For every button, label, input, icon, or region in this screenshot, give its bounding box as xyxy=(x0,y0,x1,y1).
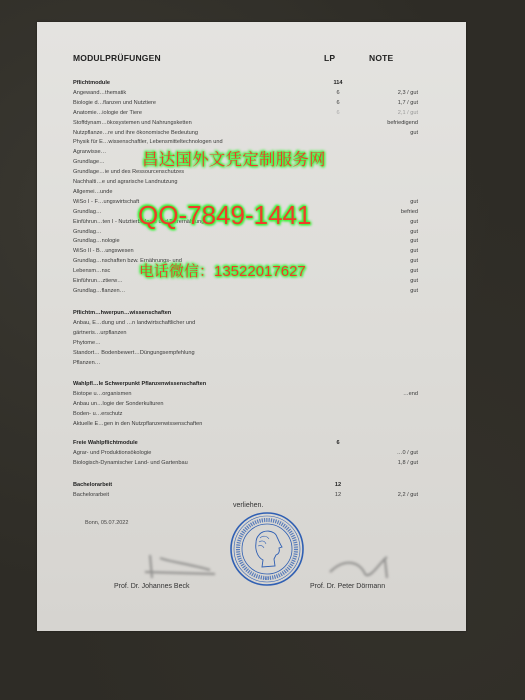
section-title: Wahlpfl…le Schwerpunkt Pflanzenwissensch… xyxy=(73,379,206,389)
grade: 2,3 / gut xyxy=(378,88,418,98)
module-name: Bachelorarbeit xyxy=(73,490,109,500)
grade: gut xyxy=(378,128,418,138)
module-name: Phytome… xyxy=(73,338,101,348)
university-seal-icon: ·57· xyxy=(229,511,305,587)
table-row: WiSo II - B…ungswesengut xyxy=(73,246,423,256)
grade: gut xyxy=(378,276,418,286)
table-row: Anatomie…iologie der Tiere62,1 / gut xyxy=(73,108,423,118)
module-name: Stoffdynam…ökosystemen und Nahrungskette… xyxy=(73,118,192,128)
awarded-text: verliehen. xyxy=(233,502,263,509)
grade: gut xyxy=(378,197,418,207)
watermark-line-1: 昌达国外文凭定制服务网 xyxy=(142,146,326,170)
section-header: Pflichtm…hwerpun…wissenschaften xyxy=(73,308,423,318)
credit-points: 12 xyxy=(331,480,345,490)
table-row: Grundlag…flanzen…gut xyxy=(73,286,423,296)
table-row: Anbau un…logie der Sonderkulturen xyxy=(73,399,423,409)
grade: …0 / gut xyxy=(378,448,418,458)
credit-points: 6 xyxy=(331,108,345,118)
grade: gut xyxy=(378,256,418,266)
module-name: Boden- u…erschutz xyxy=(73,409,122,419)
module-name: Aktuelle E…gen in den Nutzpflanzenwissen… xyxy=(73,419,202,429)
module-name: Nachhalti…e und agrarische Landnutzung xyxy=(73,177,178,187)
credit-points: 12 xyxy=(331,490,345,500)
svg-text:·57·: ·57· xyxy=(263,576,270,581)
module-name: Einführun…ztierw… xyxy=(73,276,123,286)
grade: befriedigend xyxy=(378,118,418,128)
section-title: Bachelorarbeit xyxy=(73,480,112,490)
module-name: Grundlag…nologie xyxy=(73,236,120,246)
table-row: gärtneris…urpflanzen xyxy=(73,328,423,338)
table-row: Anbau, E…dung und …n landwirtschaftliche… xyxy=(73,318,423,328)
section-header: Bachelorarbeit12 xyxy=(73,480,423,490)
watermark-line-2: QQ-7849-1441 xyxy=(138,200,311,231)
signature-name-right: Prof. Dr. Peter Dörmann xyxy=(310,583,385,590)
grade: gut xyxy=(378,217,418,227)
module-name: Biologisch-Dynamischer Land- und Gartenb… xyxy=(73,458,188,468)
section-header: Wahlpfl…le Schwerpunkt Pflanzenwissensch… xyxy=(73,379,423,389)
table-row: Angewand…thematik62,3 / gut xyxy=(73,88,423,98)
module-name: Agrarwisse… xyxy=(73,147,106,157)
table-row: Agrar- und Produktionsökologie…0 / gut xyxy=(73,448,423,458)
credit-points: 6 xyxy=(331,438,345,448)
grade: 2,2 / gut xyxy=(378,490,418,500)
table-row: Nachhalti…e und agrarische Landnutzung xyxy=(73,177,423,187)
table-row: Pflanzen… xyxy=(73,358,423,368)
grade: befried xyxy=(378,207,418,217)
grade: gut xyxy=(378,236,418,246)
module-name: Standort… Bodenbewert…Düngungsempfehlung xyxy=(73,348,195,358)
table-row: Bachelorarbeit122,2 / gut xyxy=(73,490,423,500)
table-row: Biologisch-Dynamischer Land- und Gartenb… xyxy=(73,458,423,468)
module-name: Agrar- und Produktionsökologie xyxy=(73,448,151,458)
table-row: Phytome… xyxy=(73,338,423,348)
table-row: Allgemei…unde xyxy=(73,187,423,197)
grade: 1,7 / gut xyxy=(378,98,418,108)
table-row: Biotope u…organismen…end xyxy=(73,389,423,399)
module-name: Anatomie…iologie der Tiere xyxy=(73,108,142,118)
modules-heading: MODULPRÜFUNGEN xyxy=(73,53,161,63)
module-name: Pflanzen… xyxy=(73,358,100,368)
module-name: Grundlag… xyxy=(73,207,102,217)
module-name: Angewand…thematik xyxy=(73,88,126,98)
section-title: Freie Wahlpflichtmodule xyxy=(73,438,138,448)
module-name: Grundlag… xyxy=(73,227,102,237)
module-name: WiSo I - F…ungswirtschaft xyxy=(73,197,139,207)
signature-name-left: Prof. Dr. Johannes Beck xyxy=(114,583,189,590)
grade: gut xyxy=(378,286,418,296)
table-row: Aktuelle E…gen in den Nutzpflanzenwissen… xyxy=(73,419,423,429)
table-row: Biologie d…flanzen und Nutztiere61,7 / g… xyxy=(73,98,423,108)
note-column-heading: NOTE xyxy=(369,53,393,63)
table-row: Nutzpflanze…re und ihre ökonomische Bede… xyxy=(73,128,423,138)
grade: gut xyxy=(378,266,418,276)
table-row: Stoffdynam…ökosystemen und Nahrungskette… xyxy=(73,118,423,128)
module-name: Biologie d…flanzen und Nutztiere xyxy=(73,98,156,108)
module-name: Grundlag…flanzen… xyxy=(73,286,125,296)
module-name: Lebensm…nsc xyxy=(73,266,110,276)
module-name: Allgemei…unde xyxy=(73,187,113,197)
module-name: WiSo II - B…ungswesen xyxy=(73,246,134,256)
section-header: Freie Wahlpflichtmodule6 xyxy=(73,438,423,448)
watermark-line-3: 电话微信：13522017627 xyxy=(139,260,306,281)
module-name: Nutzpflanze…re und ihre ökonomische Bede… xyxy=(73,128,198,138)
section-title: Pflichtmodule xyxy=(73,78,110,88)
module-name: Grundlage… xyxy=(73,157,105,167)
signature-left xyxy=(140,550,220,580)
section-header: Pflichtmodule114 xyxy=(73,78,423,88)
module-name: Biotope u…organismen xyxy=(73,389,131,399)
module-name: gärtneris…urpflanzen xyxy=(73,328,126,338)
signature-right xyxy=(325,552,395,582)
module-name: Anbau, E…dung und …n landwirtschaftliche… xyxy=(73,318,195,328)
credit-points: 6 xyxy=(331,88,345,98)
table-row: Standort… Bodenbewert…Düngungsempfehlung xyxy=(73,348,423,358)
module-name: Anbau un…logie der Sonderkulturen xyxy=(73,399,164,409)
grade: 2,1 / gut xyxy=(378,108,418,118)
credit-points: 6 xyxy=(331,98,345,108)
grade: gut xyxy=(378,246,418,256)
credit-points: 114 xyxy=(331,78,345,88)
table-row: Grundlag…nologiegut xyxy=(73,236,423,246)
section-title: Pflichtm…hwerpun…wissenschaften xyxy=(73,308,171,318)
grade: …end xyxy=(378,389,418,399)
place-date: Bonn, 05.07.2022 xyxy=(85,520,128,526)
table-row: Boden- u…erschutz xyxy=(73,409,423,419)
lp-column-heading: LP xyxy=(324,53,335,63)
grade: gut xyxy=(378,227,418,237)
grade: 1,8 / gut xyxy=(378,458,418,468)
